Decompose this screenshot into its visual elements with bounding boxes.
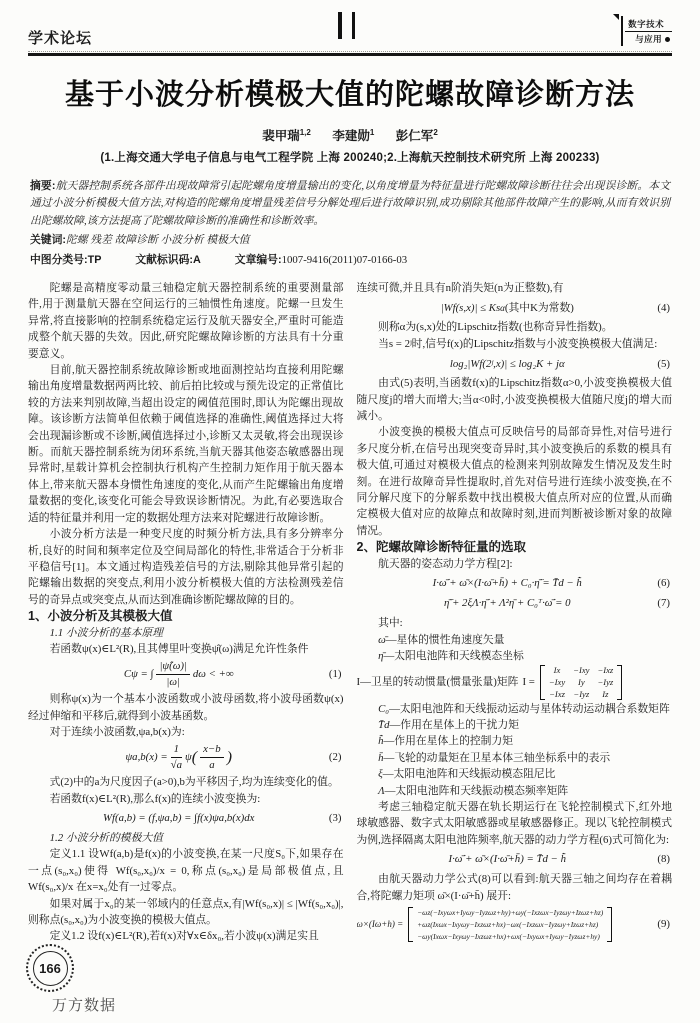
right-column: 连续可微,并且具有n阶消失矩(n为正整数),有 |Wf(s,x)| ≤ Ksα … (357, 280, 673, 1006)
logo-flag-icon (613, 14, 619, 20)
equation-number: (1) (329, 666, 342, 682)
classification-line: 中图分类号:TP 文献标识码:A 文章编号:1007-9416(2011)07-… (30, 252, 670, 269)
article-id-item: 文章编号:1007-9416(2011)07-0166-03 (235, 252, 407, 269)
left-column: 陀螺是高精度零动量三轴稳定航天器控制系统的重要测量部件,用于测量航天器在空间运行… (28, 280, 344, 1006)
column-section-label: 学术论坛 (28, 27, 92, 48)
authors-line: 裴甲瑞1,2 李建勋1 彭仁军2 (0, 126, 700, 144)
journal-name-line2: 与应用 (635, 34, 662, 44)
equation-3: Wf(a,b) = (f,ψa,b) = ∫f(x)ψa,b(x)dx (3) (28, 810, 330, 827)
paragraph: 由式(5)表明,当函数f(x)的Lipschitz指数α>0,小波变换模极大值随… (357, 375, 673, 424)
paragraph: 目前,航天器控制系统故障诊断或地面测控站均直接利用陀螺输出角度增量数据两两比较、… (28, 362, 344, 526)
page-number: 166 (33, 951, 68, 986)
paragraph: 小波分析方法是一种变尺度的时频分析方法,具有多分辨率分析,良好的时间和频率定位及… (28, 526, 344, 608)
page-header: 学术论坛 数字技术 与应用 (0, 0, 700, 48)
journal-logo: 数字技术 与应用 (621, 16, 672, 46)
journal-name-line1: 数字技术 (628, 18, 664, 30)
equation-6: I·ω̄̇ + ω̄×(I·ω̄+h̄) + C₀·η̄̈ = T̄d − h̄… (357, 575, 659, 592)
section-heading-2: 2、陀螺故障诊断特征量的选取 (357, 539, 673, 555)
symbol-item: Λ—太阳电池阵和天线振动模态频率矩阵 (357, 783, 673, 799)
paragraph: 当s = 2ʲ时,信号f(x)的Lipschitz指数与小波变换模极大值满足: (357, 336, 673, 352)
symbol-item: η̄—太阳电池阵和天线模态坐标 (357, 648, 673, 664)
subsection-heading-1-1: 1.1 小波分析的基本原理 (28, 625, 344, 641)
paragraph: 由航天器动力学公式(8)可以看到:航天器三轴之间均存在着耦合,将陀螺力矩项 ω̄… (357, 871, 673, 904)
journal-name: 数字技术 与应用 (625, 18, 672, 45)
equation-9: ω×(Iω+h) = −ωz(−Ixyωx+Iyωy−Iyzωz+hy)+ωy(… (357, 907, 659, 942)
doc-code-item: 文献标识码:A (135, 252, 200, 269)
paragraph: 陀螺是高精度零动量三轴稳定航天器控制系统的重要测量部件,用于测量航天器在空间运行… (28, 280, 344, 362)
equation-number: (5) (657, 356, 670, 372)
paragraph: 其中: (357, 615, 673, 631)
paragraph: 连续可微,并且具有n阶消失矩(n为正整数),有 (357, 280, 673, 296)
equation-number: (6) (657, 575, 670, 591)
equation-number: (8) (657, 851, 670, 867)
symbol-item: ξ—太阳电池阵和天线振动模态阻尼比 (357, 766, 673, 782)
body-columns: 陀螺是高精度零动量三轴稳定航天器控制系统的重要测量部件,用于测量航天器在空间运行… (0, 269, 700, 1006)
inertia-matrix: Ix−Ixy−Ixz −IxyIy−Iyz −Ixz−IyzIz (540, 665, 622, 699)
header-rule (28, 53, 672, 56)
abstract-label: 摘要: (30, 180, 55, 192)
equation-1: Cψ = ∫ |ψ̂(ω)||ω| dω < +∞ (1) (28, 660, 330, 688)
symbol-item: h̄̇—作用在星体上的控制力矩 (357, 733, 673, 749)
author: 彭仁军2 (396, 129, 438, 143)
equation-2: ψa,b(x) = 1√a ψ ( x−ba ) (2) (28, 743, 330, 771)
affiliation-line: (1.上海交通大学电子信息与电气工程学院 上海 200240;2.上海航天控制技… (0, 149, 700, 165)
keywords-label: 关键词: (30, 234, 66, 246)
equation-number: (2) (329, 749, 342, 765)
equation-number: (7) (657, 595, 670, 611)
paragraph: 考虑三轴稳定航天器在轨长期运行在飞轮控制模式下,红外地球敏感器、数字式太阳敏感器… (357, 799, 673, 848)
page-number-stamp: 166 (26, 944, 74, 992)
paragraph: 对于连续小波函数,ψa,b(x)为: (28, 724, 344, 740)
paragraph: 若函数ψ(x)∈L²(R),且其傅里叶变换ψ̂(ω)满足允许性条件 (28, 641, 344, 657)
paragraph: 若函数f(x)∈L²(R),那么f(x)的连续小波变换为: (28, 791, 344, 807)
symbol-item: ω̄—星体的惯性角速度矢量 (357, 632, 673, 648)
author: 李建勋1 (332, 129, 374, 143)
equation-4: |Wf(s,x)| ≤ Ksα (其中K为常数) (4) (357, 299, 659, 316)
symbol-item: h̄—飞轮的动量矩在卫星本体三轴坐标系中的表示 (357, 750, 673, 766)
paragraph: 如果对属于x₀的某一邻域内的任意点x,有|Wf(s₀,x)| ≤ |Wf(s₀,… (28, 896, 344, 929)
header-rule-dotted (28, 51, 672, 52)
paragraph: 式(2)中的a为尺度因子(a>0),b为平移因子,均为连续变化的值。 (28, 774, 344, 790)
paragraph: 小波变换的模极大值点可反映信号的局部奇异性,对信号进行多尺度分析,在信号出现突变… (357, 424, 673, 539)
paragraph: 定义1.1 设Wf(a,b)是f(x)的小波变换,在某一尺度S₀下,如果存在一点… (28, 846, 344, 895)
subsection-heading-1-2: 1.2 小波分析的模极大值 (28, 830, 344, 846)
equation-number: (4) (657, 300, 670, 316)
wanfang-watermark: 万方数据 (52, 994, 116, 1015)
abstract-block: 摘要:航天器控制系统各部件出现故障常引起陀螺角度增量输出的变化,以角度增量为特征… (30, 178, 670, 269)
scanned-paper-page: 学术论坛 数字技术 与应用 基于小波分析模极大值的陀螺故障诊断方法 裴甲瑞1,2… (0, 0, 700, 1023)
equation-number: (3) (329, 810, 342, 826)
paragraph: 则称ψ(x)为一个基本小波函数或小波母函数,将小波母函数ψ(x)经过伸缩和平移后… (28, 691, 344, 724)
symbol-item-inertia-matrix: I—卫星的转动惯量(惯量张量)矩阵 I = Ix−Ixy−Ixz −IxyIy−… (357, 665, 673, 699)
abstract-paragraph: 摘要:航天器控制系统各部件出现故障常引起陀螺角度增量输出的变化,以角度增量为特征… (30, 178, 670, 230)
equation-8: I·ω̄̇ + ω̄×(I·ω̄+h̄) = T̄d − h̄̇ (8) (357, 851, 659, 868)
equation-5: log₂|Wf(2ʲ,x)| ≤ log₂K + jα (5) (357, 355, 659, 372)
equation-7: η̄̈ + 2ξΛ·η̄̇ + Λ²η̄ + C₀ᵀ·ω̄̇ = 0 (7) (357, 595, 659, 612)
equation-number: (9) (657, 916, 670, 932)
symbol-item: T̄d—作用在星体上的干扰力矩 (357, 717, 673, 733)
keywords-line: 关键词:陀螺 残差 故障诊断 小波分析 模极大值 (30, 232, 670, 249)
logo-dot-icon (665, 37, 670, 42)
clc-item: 中图分类号:TP (30, 252, 101, 269)
symbol-item: C₀—太阳电池阵和天线振动运动与星体转动运动耦合系数矩阵 (357, 701, 673, 717)
page-title: 基于小波分析模极大值的陀螺故障诊断方法 (30, 72, 670, 113)
paragraph: 航天器的姿态动力学方程[2]: (357, 556, 673, 572)
paragraph: 则称α为(s,x)处的Lipschitz指数(也称奇异性指数)。 (357, 319, 673, 335)
section-heading-1: 1、小波分析及其模极大值 (28, 608, 344, 624)
logo-pole-icon (621, 16, 623, 46)
author: 裴甲瑞1,2 (262, 129, 311, 143)
scan-artifact-marks (338, 12, 355, 39)
gyro-torque-matrix: −ωz(−Ixyωx+Iyωy−Iyzωz+hy)+ωy(−Ixzωx−Iyzω… (408, 907, 612, 942)
paragraph: 定义1.2 设f(x)∈L²(R),若f(x)对∀x∈δx₀,若小波ψ(x)满足… (28, 928, 344, 944)
